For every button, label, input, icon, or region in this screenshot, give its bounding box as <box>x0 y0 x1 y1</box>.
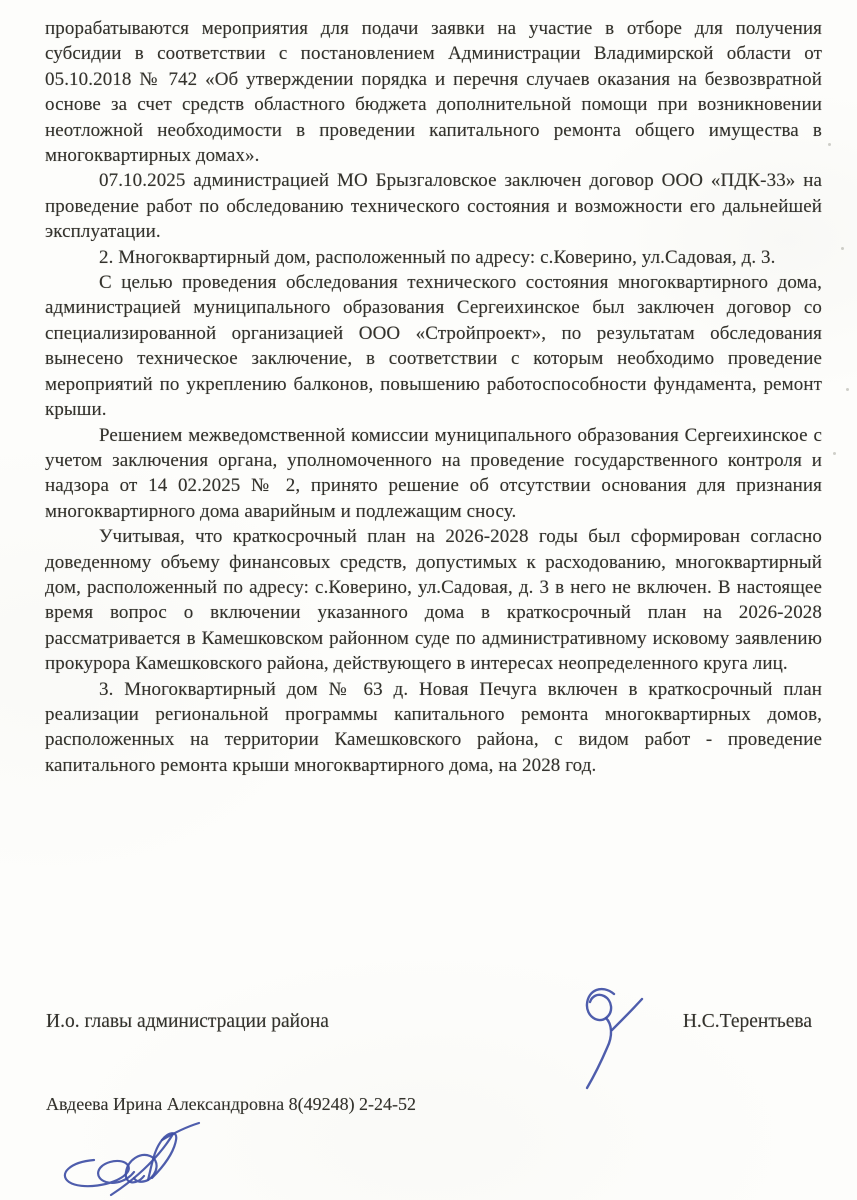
scan-speckle <box>846 388 849 391</box>
body-paragraph: С целью проведения обследования техничес… <box>45 270 822 422</box>
signature-head-of-administration <box>566 980 656 1092</box>
signature-executor <box>52 1116 222 1200</box>
signoff-title: И.о. главы администрации района <box>46 1009 329 1035</box>
body-paragraph: 07.10.2025 администрацией МО Брызгаловск… <box>45 168 822 244</box>
signoff-name: Н.С.Терентьева <box>683 1009 812 1035</box>
signoff-row: И.о. главы администрации района Н.С.Тере… <box>46 1009 812 1035</box>
scan-speckle <box>833 452 836 455</box>
body-paragraph: 3. Многоквартирный дом № 63 д. Новая Печ… <box>45 677 822 779</box>
scan-speckle <box>841 247 844 250</box>
scan-speckle <box>790 285 793 288</box>
body-paragraph: Учитывая, что краткосрочный план на 2026… <box>45 524 822 676</box>
executor-contact-line: Авдеева Ирина Александровна 8(49248) 2-2… <box>46 1092 416 1116</box>
body-paragraph: прорабатываются мероприятия для подачи з… <box>45 16 822 168</box>
scanned-letter-page: прорабатываются мероприятия для подачи з… <box>0 0 857 1200</box>
body-paragraph: 2. Многоквартирный дом, расположенный по… <box>45 245 822 270</box>
body-paragraph: Решением межведомственной комиссии муниц… <box>45 423 822 525</box>
letter-body: прорабатываются мероприятия для подачи з… <box>45 16 822 778</box>
scan-speckle <box>828 143 831 146</box>
